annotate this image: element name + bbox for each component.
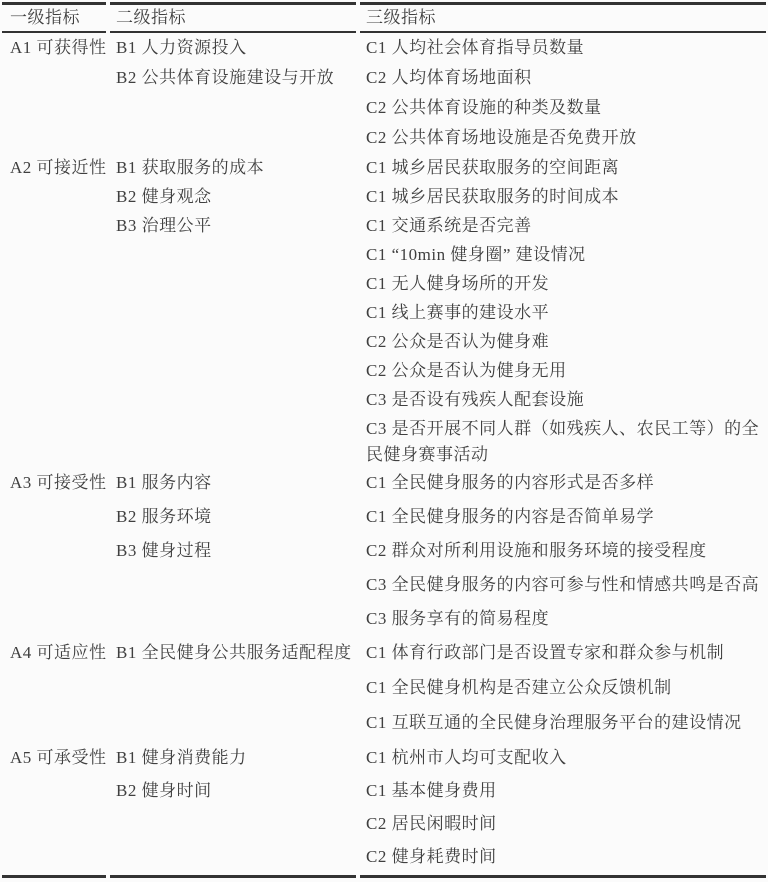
level3-column: C1 城乡居民获取服务的空间距离C1 城乡居民获取服务的时间成本C1 交通系统是…: [358, 153, 766, 468]
level3-label: C1 互联互通的全民健身治理服务平台的建设情况: [366, 708, 764, 743]
rule-segment: [2, 875, 106, 878]
scanned-table-page: 一级指标 二级指标 三级指标 A1 可获得性B1 人力资源投入B2 公共体育设施…: [2, 0, 766, 878]
level1-label: A3 可接受性: [10, 468, 108, 502]
level3-label: C1 城乡居民获取服务的空间距离: [366, 153, 764, 182]
indicator-section: A4 可适应性B1 全民健身公共服务适配程度C1 体育行政部门是否设置专家和群众…: [2, 638, 766, 743]
level3-label: C3 服务享有的简易程度: [366, 604, 764, 638]
level1-label: A1 可获得性: [10, 33, 108, 63]
level2-label: B1 获取服务的成本: [116, 153, 358, 182]
level3-label: C1 交通系统是否完善: [366, 211, 764, 240]
level3-column: C1 人均社会体育指导员数量C2 人均体育场地面积C2 公共体育设施的种类及数量…: [358, 33, 766, 153]
table-body: A1 可获得性B1 人力资源投入B2 公共体育设施建设与开放C1 人均社会体育指…: [2, 33, 766, 875]
level2-label: B1 人力资源投入: [116, 33, 358, 63]
level1-label: A5 可承受性: [10, 743, 108, 776]
level3-label: C2 群众对所利用设施和服务环境的接受程度: [366, 536, 764, 570]
level3-column: C1 全民健身服务的内容形式是否多样C1 全民健身服务的内容是否简单易学C2 群…: [358, 468, 766, 638]
level3-label: C1 杭州市人均可支配收入: [366, 743, 764, 776]
level2-label: B3 健身过程: [116, 536, 358, 570]
level1-column: A3 可接受性: [2, 468, 108, 638]
level3-label: C3 是否开展不同人群（如残疾人、农民工等）的全民健身赛事活动: [366, 414, 764, 468]
level2-column: B1 获取服务的成本B2 健身观念B3 治理公平: [108, 153, 358, 468]
indicator-section: A5 可承受性B1 健身消费能力B2 健身时间C1 杭州市人均可支配收入C1 基…: [2, 743, 766, 875]
level3-column: C1 体育行政部门是否设置专家和群众参与机制C1 全民健身机构是否建立公众反馈机…: [358, 638, 766, 743]
level2-column: B1 全民健身公共服务适配程度: [108, 638, 358, 743]
level2-label: B3 治理公平: [116, 211, 358, 240]
level2-label: B1 全民健身公共服务适配程度: [116, 638, 358, 673]
level3-label: C2 公共体育场地设施是否免费开放: [366, 123, 764, 153]
level2-label: B2 健身观念: [116, 182, 358, 211]
level3-label: C2 公共体育设施的种类及数量: [366, 93, 764, 123]
level3-label: C2 公众是否认为健身无用: [366, 356, 764, 385]
level3-label: C2 居民闲暇时间: [366, 809, 764, 842]
indicator-section: A2 可接近性B1 获取服务的成本B2 健身观念B3 治理公平C1 城乡居民获取…: [2, 153, 766, 468]
level1-column: A2 可接近性: [2, 153, 108, 468]
level1-label: A4 可适应性: [10, 638, 108, 673]
level2-label: B1 服务内容: [116, 468, 358, 502]
level3-label: C1 “10min 健身圈” 建设情况: [366, 240, 764, 269]
level2-column: B1 人力资源投入B2 公共体育设施建设与开放: [108, 33, 358, 153]
level2-label: B1 健身消费能力: [116, 743, 358, 776]
column-header-level3: 三级指标: [358, 5, 766, 31]
level1-label: A2 可接近性: [10, 153, 108, 182]
level3-label: C1 线上赛事的建设水平: [366, 298, 764, 327]
table-header-row: 一级指标 二级指标 三级指标: [2, 5, 766, 31]
level3-label: C2 健身耗费时间: [366, 842, 764, 875]
level1-column: A5 可承受性: [2, 743, 108, 875]
level2-column: B1 健身消费能力B2 健身时间: [108, 743, 358, 875]
column-header-level2: 二级指标: [108, 5, 358, 31]
level1-column: A1 可获得性: [2, 33, 108, 153]
level3-label: C2 人均体育场地面积: [366, 63, 764, 93]
rule-segment: [110, 875, 356, 878]
level2-label: B2 公共体育设施建设与开放: [116, 63, 358, 93]
table-bottom-rule: [2, 875, 766, 878]
rule-segment: [360, 875, 766, 878]
level3-label: C1 体育行政部门是否设置专家和群众参与机制: [366, 638, 764, 673]
level3-label: C2 公众是否认为健身难: [366, 327, 764, 356]
level3-label: C1 基本健身费用: [366, 776, 764, 809]
level3-label: C1 全民健身服务的内容形式是否多样: [366, 468, 764, 502]
indicator-section: A3 可接受性B1 服务内容B2 服务环境B3 健身过程C1 全民健身服务的内容…: [2, 468, 766, 638]
level3-label: C1 无人健身场所的开发: [366, 269, 764, 298]
level2-label: B2 健身时间: [116, 776, 358, 809]
column-header-level1: 一级指标: [2, 5, 108, 31]
level3-label: C3 是否设有残疾人配套设施: [366, 385, 764, 414]
level3-label: C1 城乡居民获取服务的时间成本: [366, 182, 764, 211]
level3-label: C1 全民健身服务的内容是否简单易学: [366, 502, 764, 536]
level1-column: A4 可适应性: [2, 638, 108, 743]
level2-label: B2 服务环境: [116, 502, 358, 536]
level3-column: C1 杭州市人均可支配收入C1 基本健身费用C2 居民闲暇时间C2 健身耗费时间: [358, 743, 766, 875]
indicator-section: A1 可获得性B1 人力资源投入B2 公共体育设施建设与开放C1 人均社会体育指…: [2, 33, 766, 153]
level3-label: C1 全民健身机构是否建立公众反馈机制: [366, 673, 764, 708]
level2-column: B1 服务内容B2 服务环境B3 健身过程: [108, 468, 358, 638]
level3-label: C1 人均社会体育指导员数量: [366, 33, 764, 63]
level3-label: C3 全民健身服务的内容可参与性和情感共鸣是否高: [366, 570, 764, 604]
